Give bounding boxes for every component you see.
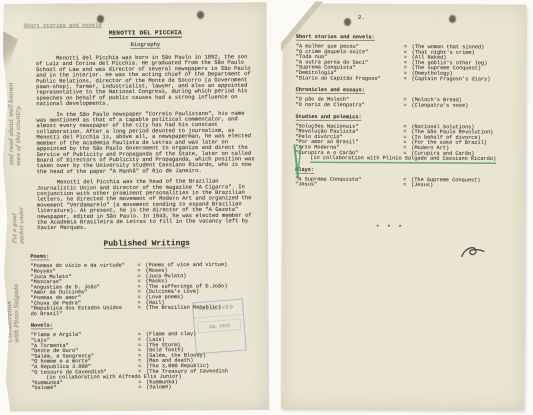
biography-text: Menotti del Picchia was born in São Paul… xyxy=(36,55,256,232)
end-mark: * * * xyxy=(295,223,485,231)
section-heading-label: Poems: xyxy=(30,254,49,260)
biography-paragraph: Menotti del Picchia was the head of the … xyxy=(37,179,256,232)
section-heading: Poems: xyxy=(30,253,256,261)
work-title-original: "Salomé" xyxy=(31,385,138,391)
document-page-1: Short stories and novels MENOTTI DEL PIC… xyxy=(1,2,270,412)
green-check-mark xyxy=(290,143,304,179)
scanned-document: Short stories and novels MENOTTI DEL PIC… xyxy=(0,0,533,415)
collaboration-note-text: (in collaboration with Plinio Salgado an… xyxy=(310,155,496,164)
work-row: "O nariz de Cleopatra"=(Cleopatra's nose… xyxy=(296,102,516,108)
equals-sign: = xyxy=(138,385,146,390)
work-title-translation: (Captain Fragoso's diary) xyxy=(412,76,516,82)
page-number: 2. xyxy=(358,15,365,21)
punch-hole xyxy=(343,17,352,27)
punch-hole xyxy=(196,10,205,20)
section-heading-label: Short stories and novels: xyxy=(296,34,375,40)
work-title-translation: (Salomé) xyxy=(146,384,257,390)
ink-offset-ghost-text: Short stories and novels xyxy=(24,23,102,29)
page-title: MENOTTI DEL PICCHIA xyxy=(109,29,182,38)
work-title-translation: (Cleopatra's nose) xyxy=(412,103,516,109)
work-row: "Salomé"=(Salomé) xyxy=(31,384,257,391)
section-heading: Plays: xyxy=(295,167,515,174)
published-writings-heading: Published Writings xyxy=(37,238,256,249)
title-block: MENOTTI DEL PICCHIA Biography xyxy=(36,27,255,49)
document-page-2: 2. Short stories and novels:"A mulher qu… xyxy=(281,3,526,409)
stamp-text: RECEIVED xyxy=(193,300,243,319)
works-lists: Short stories and novels:"A mulher que p… xyxy=(295,34,516,188)
stamp-date: JUL 1943 xyxy=(197,319,241,333)
biography-paragraph: In the São Paulo newspaper "Correio Paul… xyxy=(36,111,255,175)
punch-hole xyxy=(96,14,105,24)
section-heading-label: Studies and polemics: xyxy=(295,114,361,120)
work-title-original: "Diario do Capitão Fragoso" xyxy=(296,76,404,82)
equals-sign: = xyxy=(404,103,412,108)
pencil-squiggle xyxy=(460,244,486,260)
equals-sign: = xyxy=(138,305,146,310)
work-title-translation: (Jesus) xyxy=(411,183,515,189)
work-title-original: "Jesus" xyxy=(295,182,403,188)
equals-sign: = xyxy=(403,183,411,188)
section-heading-label: Chronicles and essays: xyxy=(296,88,365,94)
biography-paragraph: Menotti del Picchia was born in São Paul… xyxy=(36,55,255,108)
received-stamp: RECEIVED JUL 1943 xyxy=(192,299,247,355)
collaboration-note: (in collaboration with Plinio Salgado an… xyxy=(310,156,515,162)
punch-hole xyxy=(448,14,457,24)
work-title-original: "Republica dos Estados Unidos do Brasil" xyxy=(31,306,138,317)
section-heading: Chronicles and essays: xyxy=(296,88,516,95)
work-row: "Diario do Capitão Fragoso"=(Captain Fra… xyxy=(296,76,516,82)
work-title-original: "O nariz de Cleopatra" xyxy=(296,102,404,108)
page-subtitle: Biography xyxy=(130,42,160,49)
section-heading-label: Novels: xyxy=(31,323,53,329)
work-row: "Jesus"=(Jesus) xyxy=(295,182,515,188)
equals-sign: = xyxy=(404,76,412,81)
section-heading: Short stories and novels: xyxy=(296,34,516,41)
section-heading: Studies and polemics: xyxy=(295,114,515,121)
